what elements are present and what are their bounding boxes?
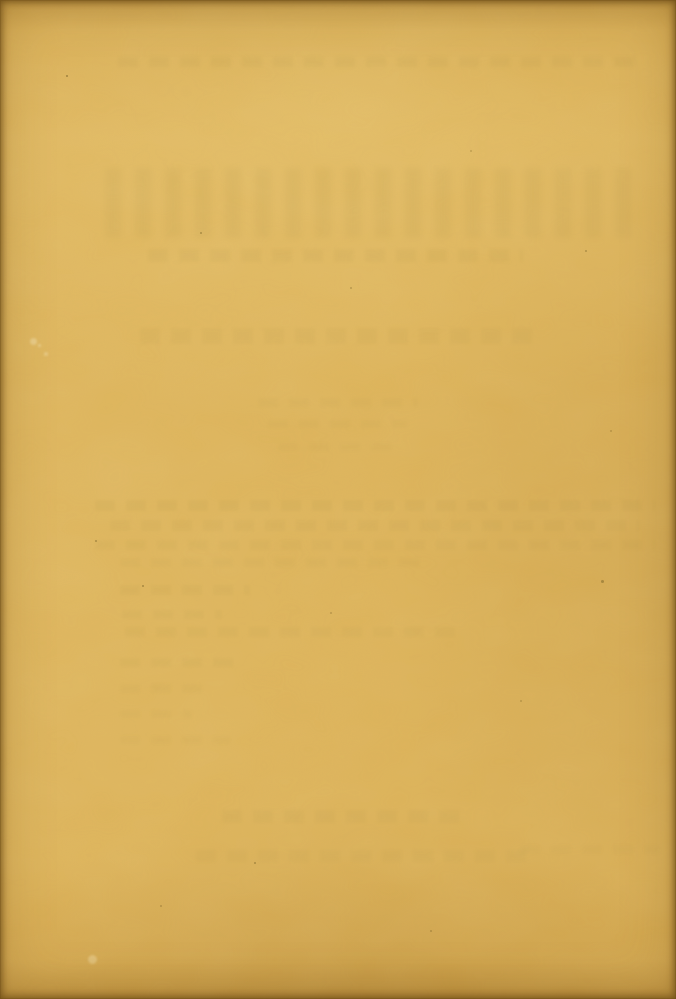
light-scuff [38, 344, 41, 347]
foxing-speck [200, 232, 202, 234]
foxing-speck [585, 250, 587, 252]
foxing-speck [142, 585, 144, 587]
foxing-speck [66, 75, 68, 77]
foxing-speck [601, 580, 604, 583]
foxing-speck [470, 150, 472, 152]
light-scuff [30, 338, 37, 345]
light-scuff [44, 352, 48, 356]
scanned-page-cover [0, 0, 676, 999]
foxing-speck [160, 905, 162, 907]
speckle-layer [0, 0, 676, 999]
foxing-speck [254, 862, 256, 864]
light-scuff [88, 955, 97, 964]
foxing-speck [520, 700, 522, 702]
foxing-speck [330, 612, 332, 614]
foxing-speck [610, 430, 612, 432]
foxing-speck [430, 930, 432, 932]
foxing-speck [95, 540, 97, 542]
foxing-speck [350, 287, 352, 289]
